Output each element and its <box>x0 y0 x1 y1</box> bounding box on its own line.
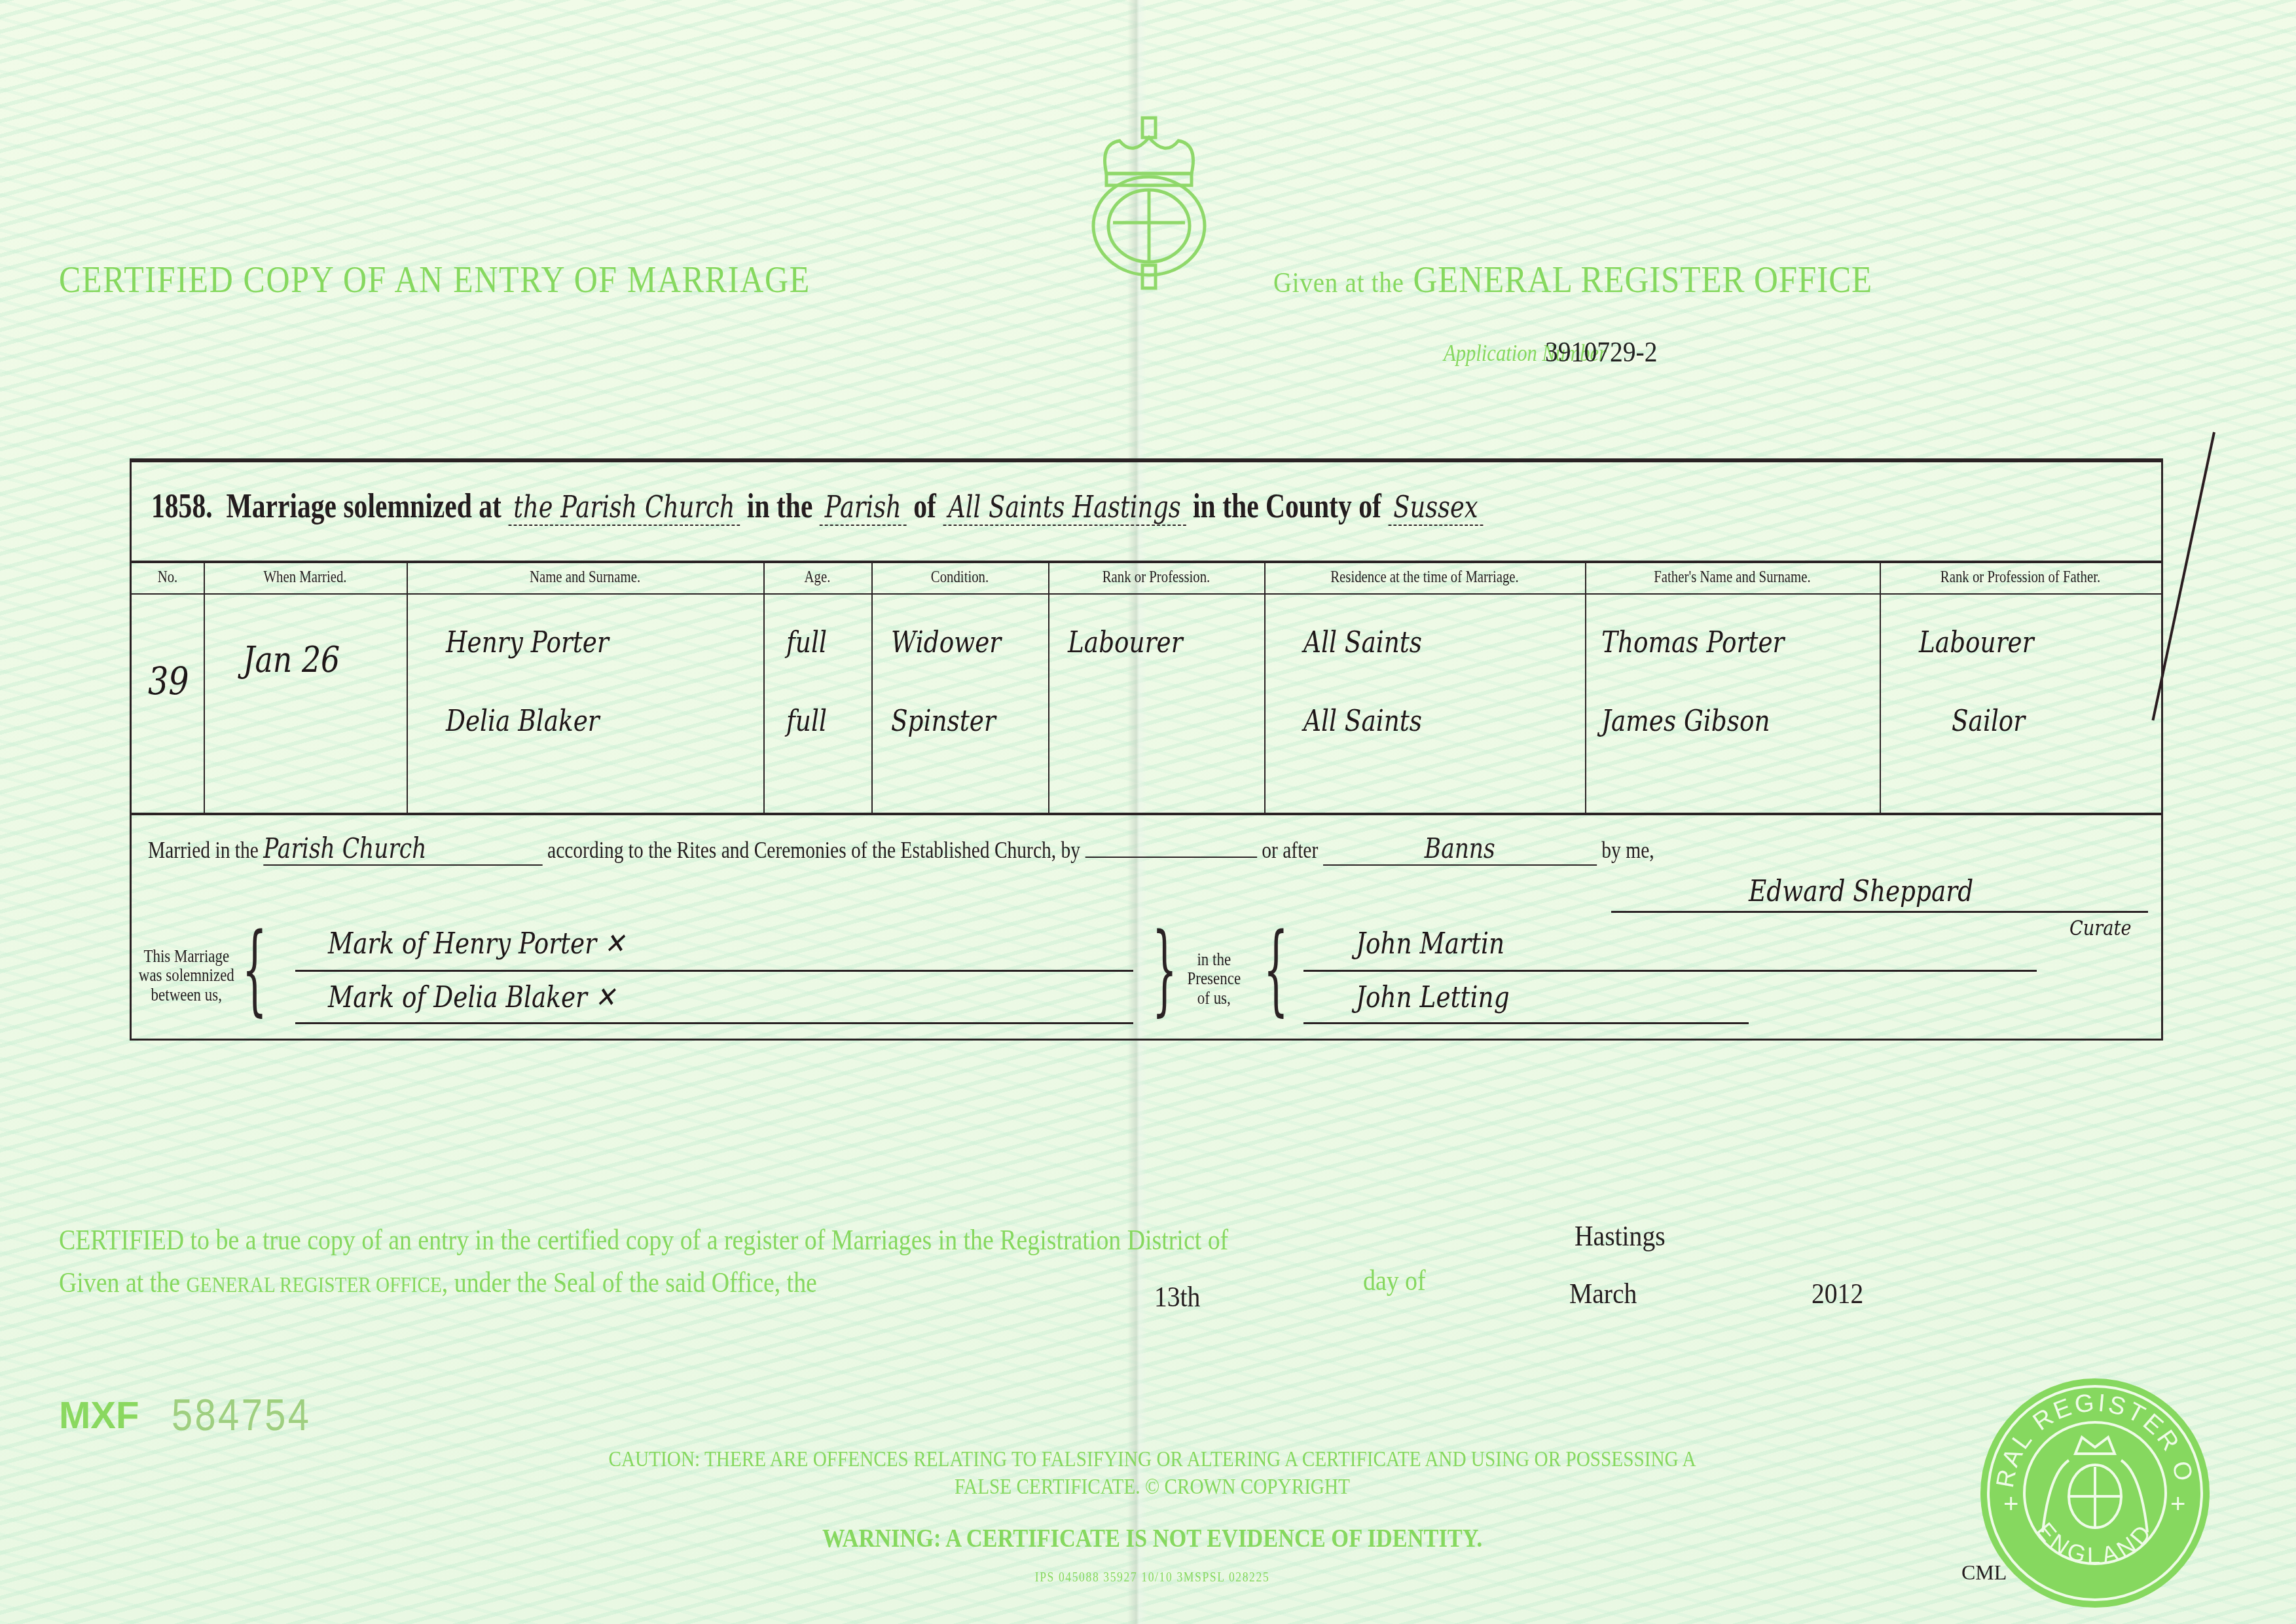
witness-2: John Letting <box>1356 981 1510 1014</box>
col-header-no: No. <box>139 567 196 587</box>
col-header-residence: Residence at the time of Marriage. <box>1296 567 1553 587</box>
identity-warning: WARNING: A CERTIFICATE IS NOT EVIDENCE O… <box>522 1522 1783 1553</box>
officiant-title: Curate <box>2069 915 2132 940</box>
certified-month: March <box>1569 1277 1637 1310</box>
bride-name: Delia Blaker <box>446 705 600 738</box>
by-value <box>1085 857 1256 858</box>
col-header-condition: Condition. <box>889 567 1030 587</box>
serial-prefix: MXF <box>59 1393 139 1437</box>
groom-father-name: Thomas Porter <box>1601 626 1784 659</box>
brace-left: { <box>242 921 267 1019</box>
col-header-father-rank: Rank or Profession of Father. <box>1908 567 2133 587</box>
brace-right: } <box>1152 921 1177 1019</box>
certified-day: 13th <box>1154 1280 1200 1314</box>
col-header-age: Age. <box>774 567 861 587</box>
bride-residence: All Saints <box>1303 705 1422 738</box>
royal-crest-icon <box>1080 111 1218 295</box>
certification-line-2: Given at the General Register Office, un… <box>59 1266 817 1299</box>
groom-father-rank: Labourer <box>1919 626 2034 659</box>
bride-father-name: James Gibson <box>1601 705 1770 738</box>
svg-text:+: + <box>2003 1490 2018 1519</box>
bride-condition: Spinster <box>891 705 996 738</box>
certification-line-1: CERTIFIED to be a true copy of an entry … <box>59 1223 1228 1257</box>
caution-line-2: FALSE CERTIFICATE. © CROWN COPYRIGHT <box>522 1475 1783 1500</box>
groom-condition: Widower <box>891 626 1001 659</box>
parish-name-value: All Saints Hastings <box>943 489 1186 526</box>
print-code: IPS 045088 35927 10/10 3MSPSL 028225 <box>566 1568 1739 1585</box>
application-number: 3910729-2 <box>1545 335 1658 369</box>
groom-residence: All Saints <box>1303 626 1422 659</box>
presence-label: in the Presence of us, <box>1179 950 1249 1008</box>
after-value: Banns <box>1323 832 1597 866</box>
groom-name: Henry Porter <box>446 626 609 659</box>
day-of-label: day of <box>1363 1264 1426 1297</box>
groom-age: full <box>786 626 827 659</box>
col-header-father: Father's Name and Surname. <box>1614 567 1850 587</box>
bride-father-rank: Sailor <box>1952 705 2025 738</box>
svg-text:+: + <box>2170 1490 2185 1519</box>
serial-number: 584754 <box>172 1390 311 1441</box>
col-header-name: Name and Surname. <box>443 567 728 587</box>
between-us-label: This Marriage was solemnized between us, <box>138 947 235 1005</box>
county-value: Sussex <box>1388 489 1483 526</box>
groom-signature: Mark of Henry Porter ✕ <box>328 927 625 961</box>
bride-signature: Mark of Delia Blaker ✕ <box>328 981 615 1014</box>
registration-district: Hastings <box>1575 1219 1666 1253</box>
register-title-line: 1858. Marriage solemnized at the Parish … <box>151 487 1483 526</box>
issuer-initials: CML <box>1961 1560 2007 1585</box>
parish-type-value: Parish <box>820 489 907 526</box>
entry-date: Jan 26 <box>243 639 340 680</box>
married-in-line: Married in the Parish Church according t… <box>148 832 1654 866</box>
married-in-value: Parish Church <box>263 832 542 866</box>
solemnized-at-value: the Parish Church <box>508 489 740 526</box>
witness-1: John Martin <box>1356 927 1504 961</box>
groom-rank: Labourer <box>1068 626 1183 659</box>
officiant-signature: Edward Sheppard <box>1749 875 1973 908</box>
caution-line-1: CAUTION: THERE ARE OFFENCES RELATING TO … <box>522 1447 1783 1472</box>
col-header-rank: Rank or Profession. <box>1070 567 1243 587</box>
bride-age: full <box>786 705 827 738</box>
register-entry: 1858. Marriage solemnized at the Parish … <box>130 458 2163 1041</box>
gro-seal-icon: GENERAL REGISTER OFFICE ENGLAND + + <box>1977 1375 2213 1611</box>
certified-year: 2012 <box>1812 1277 1863 1310</box>
register-year: 1858 <box>151 488 206 525</box>
brace-witness: { <box>1264 921 1288 1019</box>
certificate-title: CERTIFIED COPY OF AN ENTRY OF MARRIAGE <box>59 257 811 301</box>
given-at-title: Given at the GENERAL REGISTER OFFICE <box>1273 257 1872 301</box>
col-header-when: When Married. <box>224 567 386 587</box>
entry-number: 39 <box>148 659 189 703</box>
